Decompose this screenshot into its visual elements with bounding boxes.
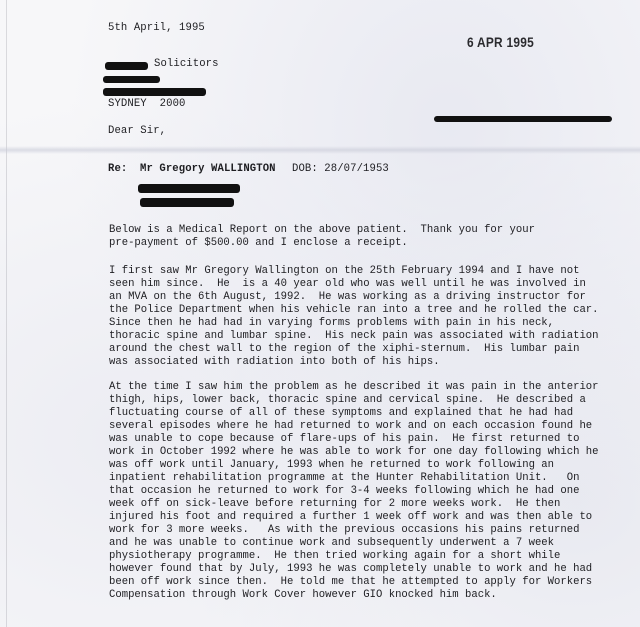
text-line: was unable to cope because of flare-ups … [109, 433, 634, 446]
paragraph-symptoms: At the time I saw him the problem as he … [109, 381, 634, 602]
text-line: an MVA on the 6th August, 1992. He was w… [109, 291, 634, 304]
text-line: inpatient rehabilitation programme at th… [109, 472, 634, 485]
paragraph-history: I first saw Mr Gregory Wallington on the… [109, 265, 634, 369]
page-edge [6, 0, 7, 627]
received-date-stamp: 6 APR 1995 [467, 34, 534, 50]
paper-fold [0, 146, 640, 154]
text-line: was off work until January, 1993 when he… [109, 459, 634, 472]
patient-dob: DOB: 28/07/1953 [292, 163, 389, 176]
text-line: fluctuating course of all of these sympt… [109, 407, 634, 420]
redacted-address-line-1 [103, 76, 160, 83]
text-line: thigh, hips, lower back, thoracic spine … [109, 394, 634, 407]
text-line: thoracic spine and lumbar spine. His nec… [109, 330, 634, 343]
text-line: pre-payment of $500.00 and I enclose a r… [109, 237, 634, 250]
text-line: I first saw Mr Gregory Wallington on the… [109, 265, 634, 278]
recipient-city-postcode: SYDNEY 2000 [108, 98, 186, 111]
text-line: the Police Department when his vehicle r… [109, 304, 634, 317]
text-line: physiotherapy programme. He then tried w… [109, 550, 634, 563]
recipient-firm-suffix: Solicitors [154, 58, 219, 71]
text-line: several episodes where he had returned t… [109, 420, 634, 433]
text-line: around the chest wall to the region of t… [109, 343, 634, 356]
text-line: Compensation through Work Cover however … [109, 589, 634, 602]
text-line: Below is a Medical Report on the above p… [109, 224, 634, 237]
text-line: work in October 1992 where he was able t… [109, 446, 634, 459]
salutation: Dear Sir, [108, 125, 166, 138]
redacted-patient-detail-2 [140, 198, 234, 207]
patient-name: Mr Gregory WALLINGTON [140, 163, 276, 176]
redacted-firm-name [105, 62, 148, 70]
redacted-address-line-2 [103, 88, 206, 96]
text-line: and he was unable to continue work and s… [109, 537, 634, 550]
redacted-reference [434, 116, 612, 122]
text-line: that occasion he returned to work for 3-… [109, 485, 634, 498]
redacted-patient-detail-1 [138, 184, 240, 193]
text-line: week off on sick-leave before returning … [109, 498, 634, 511]
re-label: Re: [108, 163, 127, 176]
text-line: was associated with radiation into both … [109, 356, 634, 369]
text-line: Since then he had had in varying forms p… [109, 317, 634, 330]
text-line: been off work since then. He told me tha… [109, 576, 634, 589]
text-line: work for 3 more weeks. As with the previ… [109, 524, 634, 537]
paragraph-intro: Below is a Medical Report on the above p… [109, 224, 634, 250]
letter-date: 5th April, 1995 [108, 22, 205, 35]
text-line: injured his foot and required a further … [109, 511, 634, 524]
text-line: At the time I saw him the problem as he … [109, 381, 634, 394]
text-line: however found that by July, 1993 he was … [109, 563, 634, 576]
text-line: seen him since. He is a 40 year old who … [109, 278, 634, 291]
